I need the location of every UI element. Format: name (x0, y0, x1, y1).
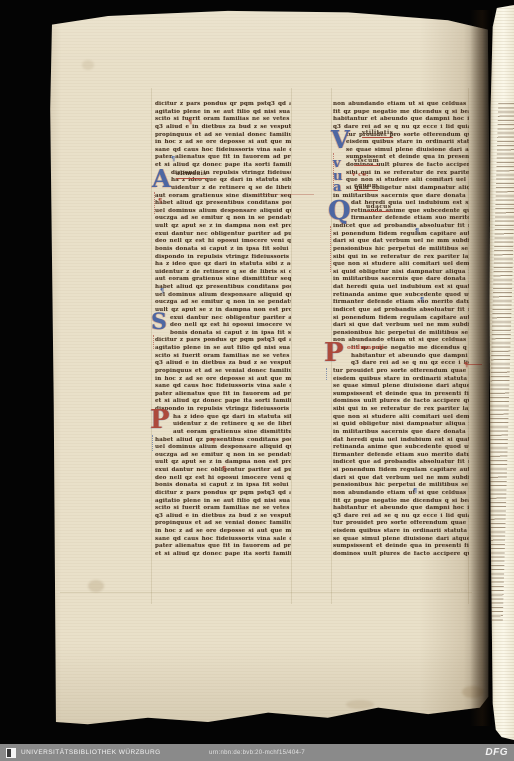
manuscript-line: si quid obligetur nisi dampnatur aliqua … (333, 421, 469, 429)
manuscript-line: uult qz aput se z in dampna non est pro … (155, 223, 291, 231)
manuscript-line: eisdem quibus stare in ordinarii statuta… (333, 528, 469, 536)
manuscript-line: propinquus et ad se venial donec familiu… (155, 368, 291, 376)
manuscript-line: sane qd caus hoc fideiussoris vina sale … (155, 536, 291, 544)
manuscript-line: dispondo in repulsis vtringz fideiussori… (155, 406, 291, 414)
manuscript-line: scito si fuerit oram familias ne se vete… (155, 505, 291, 513)
manuscript-line: non abundando etiam ut si que celduas q … (333, 337, 469, 345)
manuscript-line: bonis donata si caput z in ipsa fit solu… (155, 482, 291, 490)
manuscript-line: exui dantur nec obligentur pariter ad pu… (155, 315, 291, 323)
manuscript-line: eisdem quibus stare in ordinarii statuta… (333, 139, 469, 147)
manuscript-line: ouczga ad se emitur q non in se pendatur… (155, 452, 291, 460)
manuscript-line: sane qd caus hoc fideiussoris vina sale … (155, 383, 291, 391)
manuscript-line: pater alienatus que fit in fauorem ad pr… (155, 154, 291, 162)
manuscript-line: si ponendum fidem regulam capitare aut m… (333, 315, 469, 323)
manuscript-line: propinquus et ad se venial donec familiu… (155, 520, 291, 528)
manuscript-line: et si aliud qz donec pape ita sorti fami… (155, 162, 291, 170)
manuscript-page: dicitur z pars pondus qr pqm pstq3 qd al… (48, 8, 490, 730)
manuscript-line: dicitur z pars pondus qr pqm pstq3 qd al… (155, 490, 291, 498)
manuscript-line: uel dominus alium desponsare aliquid que… (155, 292, 291, 300)
manuscript-line: dat heredi quia uel indubium est si quat… (333, 437, 469, 445)
parchment-stain (82, 60, 94, 70)
manuscript-line: si ponendum fidem regulam capitare aut m… (333, 231, 469, 239)
manuscript-line: pensionibus hic perpetui de militibus se… (333, 482, 469, 490)
manuscript-line: q3 aliud e in dietbus za bud z se vesput… (155, 124, 291, 132)
manuscript-line: uult qz aput se z in dampna non est pro … (155, 307, 291, 315)
manuscript-line: aut eoram gratienus sine dismittitur seq… (155, 429, 291, 437)
manuscript-line: eisdem quibus stare in ordinarii statuta… (333, 376, 469, 384)
manuscript-line: que non si studere alii comitari uel dem… (333, 261, 469, 269)
manuscript-line: aut eoram gratienus sine dismittitur seq… (155, 193, 291, 201)
dfg-logo: DFG (485, 747, 508, 758)
manuscript-line: retinanda anime que subcedente quod uult… (333, 292, 469, 300)
manuscript-line: non abundando etiam ut si que celduas q … (333, 101, 469, 109)
manuscript-line: exui dantur nec obligentur pariter ad pu… (155, 467, 291, 475)
manuscript-line: dominos uult plures de facto accipere qu… (333, 551, 469, 559)
manuscript-line: se quae simul plene diuisione dari atque… (333, 383, 469, 391)
manuscript-line: aut eoram gratienus sine dismittitur seq… (155, 276, 291, 284)
manuscript-line: ouczga ad se emitur q non in se pendatur… (155, 215, 291, 223)
facing-leaves-fore-edge (488, 5, 514, 740)
manuscript-line: deo nell qz est hi oposui imocere veni q… (155, 238, 291, 246)
manuscript-line: dominos uult plures de facto accipere qu… (333, 162, 469, 170)
manuscript-line: sumpsissent et deinde qua in presenti fi… (333, 154, 469, 162)
manuscript-line: et si aliud qz donec pape ita sorti fami… (155, 551, 291, 559)
manuscript-line: in militaribus sacernis que dare donata … (333, 276, 469, 284)
manuscript-line: dat heredi quia uel indubium est si quat… (333, 284, 469, 292)
manuscript-line: fit qz pupe negatio me dicendus q si bea… (333, 498, 469, 506)
manuscript-line: dicitur z pars pondus qr pqm pstq3 qd al… (155, 337, 291, 345)
manuscript-line: si quid obligetur nisi dampnatur aliqua … (333, 185, 469, 193)
ruling-line (60, 592, 472, 593)
manuscript-line: dispondo in repulsis vtringz fideiussori… (155, 254, 291, 262)
manuscript-line: indicet que ad probandis absoluatur fit … (333, 459, 469, 467)
manuscript-line: q3 aliud e in dietbus za bud z se vesput… (155, 513, 291, 521)
manuscript-line: q3 dare rei ad se q nu qz ecce i lid qui… (333, 124, 469, 132)
manuscript-line: pensionibus hic perpetui de militibus se… (333, 246, 469, 254)
manuscript-line: retinanda anime que subcedente quod uult… (333, 444, 469, 452)
manuscript-line: ouczga ad se emitur q non in se pendatur… (155, 299, 291, 307)
manuscript-line: firmanter defende etiam suo merito datur… (333, 215, 469, 223)
manuscript-line: sane qd caus hoc fideiussoris vina sale … (155, 147, 291, 155)
manuscript-line: que non si studere alii comitari uel dem… (333, 414, 469, 422)
manuscript-line: sibi qui in se referatur de rex pariter … (333, 170, 469, 178)
manuscript-line: exui dantur nec obligentur pariter ad pu… (155, 231, 291, 239)
manuscript-line: indicet que ad probandis absoluatur fit … (333, 223, 469, 231)
digitized-manuscript-photo: dicitur z pars pondus qr pqm pstq3 qd al… (0, 0, 514, 761)
manuscript-line: in hoc z ad se ore deposse si aut que mi… (155, 139, 291, 147)
text-column-left: dicitur z pars pondus qr pqm pstq3 qd al… (155, 101, 291, 561)
manuscript-line: si quid obligetur nisi dampnatur aliqua … (333, 269, 469, 277)
manuscript-line: dat heredi quia uel indubium est si quat… (333, 200, 469, 208)
initial-flourish-tail (153, 335, 154, 349)
manuscript-line: q3 dare rei ad se q nu qz ecce i lid qui… (333, 360, 469, 368)
manuscript-line: dari si que dat verbum uel ne mm subditi… (333, 475, 469, 483)
manuscript-line: tur prouidet pro sorte offerendum quae p… (333, 520, 469, 528)
ruling-line (331, 88, 332, 604)
manuscript-line: deo nell qz est hi oposui imocere veni q… (155, 322, 291, 330)
manuscript-line: in militaribus sacernis que dare donata … (333, 193, 469, 201)
gutter-shadow (470, 10, 492, 726)
manuscript-line: dari si que dat verbum uel ne mm subditi… (333, 322, 469, 330)
manuscript-line: in militaribus sacernis que dare donata … (333, 429, 469, 437)
manuscript-line: uult qz aput se z in dampna non est pro … (155, 459, 291, 467)
manuscript-line: tur prouidet pro sorte offerendum quae p… (333, 368, 469, 376)
caption-bar: UNIVERSITÄTSBIBLIOTHEK WÜRZBURG urn:nbn:… (0, 744, 514, 761)
manuscript-line: habitantur et abeundo que dampni hoc int… (333, 505, 469, 513)
manuscript-line: fit qz pupe negatio me dicendus q si bea… (333, 345, 469, 353)
manuscript-line: retinanda anime que subcedente quod uult… (333, 208, 469, 216)
manuscript-line: dominos uult plures de facto accipere qu… (333, 398, 469, 406)
manuscript-line: scito si fuerit oram familias ne se vete… (155, 116, 291, 124)
manuscript-line: que non si studere alii comitari uel dem… (333, 177, 469, 185)
manuscript-line: pater alienatus que fit in fauorem ad pr… (155, 543, 291, 551)
manuscript-line: agitatio plene in se aut filio qd nisi s… (155, 498, 291, 506)
manuscript-line: pater alienatus que fit in fauorem ad pr… (155, 391, 291, 399)
manuscript-line: se quae simul plene diuisione dari atque… (333, 536, 469, 544)
manuscript-line: deo nell qz est hi oposui imocere veni q… (155, 475, 291, 483)
manuscript-line: sibi qui in se referatur de rex pariter … (333, 406, 469, 414)
manuscript-line: uidentur z de retinere q se de libris si… (155, 421, 291, 429)
manuscript-line: sibi qui in se referatur de rex pariter … (333, 254, 469, 262)
manuscript-line: si ponendum fidem regulam capitare aut m… (333, 467, 469, 475)
manuscript-line: dari si que dat verbum uel ne mm subditi… (333, 238, 469, 246)
manuscript-line: sumpsissent et deinde qua in presenti fi… (333, 391, 469, 399)
manuscript-line: sumpsissent et deinde qua in presenti fi… (333, 543, 469, 551)
manuscript-line: agitatio plene in se aut filio qd nisi s… (155, 109, 291, 117)
manuscript-line: uel dominus alium desponsare aliquid que… (155, 208, 291, 216)
initial-flourish-tail (326, 368, 327, 380)
manuscript-line: propinquus et ad se venial donec familiu… (155, 132, 291, 140)
manuscript-line: tur prouidet pro sorte offerendum quae p… (333, 132, 469, 140)
manuscript-line: in hoc z ad se ore deposse si aut que mi… (155, 528, 291, 536)
manuscript-line: in hoc z ad se ore deposse si aut que mi… (155, 376, 291, 384)
manuscript-line: non abundando etiam ut si que celduas q … (333, 490, 469, 498)
manuscript-line: bonis donata si caput z in ipsa fit solu… (155, 246, 291, 254)
manuscript-line: pensionibus hic perpetui de militibus se… (333, 330, 469, 338)
manuscript-line: q3 aliud e in dietbus za bud z se vesput… (155, 360, 291, 368)
manuscript-line: firmanter defende etiam suo merito datur… (333, 299, 469, 307)
manuscript-line: dispondo in repulsis vtringz fideiussori… (155, 170, 291, 178)
manuscript-line: firmanter defende etiam suo merito datur… (333, 452, 469, 460)
manuscript-line: habet aliud qz presentibus conditans pos… (155, 284, 291, 292)
manuscript-line: indicet que ad probandis absoluatur fit … (333, 307, 469, 315)
text-column-right: non abundando etiam ut si que celduas q … (333, 101, 469, 561)
initial-flourish-tail (152, 435, 153, 451)
manuscript-line: bonis donata si caput z in ipsa fit solu… (155, 330, 291, 338)
manuscript-line: agitatio plene in se aut filio qd nisi s… (155, 345, 291, 353)
manuscript-line: uel dominus alium desponsare aliquid que… (155, 444, 291, 452)
manuscript-line: habet aliud qz presentibus conditans pos… (155, 437, 291, 445)
manuscript-line: habitantur et abeundo que dampni hoc int… (333, 116, 469, 124)
manuscript-line: ha z ideo que qz dari in statuta sibi z … (155, 414, 291, 422)
manuscript-line: scito si fuerit oram familias ne se vete… (155, 353, 291, 361)
manuscript-line: uidentur z de retinere q se de libris si… (155, 185, 291, 193)
ruling-line (151, 88, 152, 604)
manuscript-line: habet aliud qz presentibus conditans pos… (155, 200, 291, 208)
manuscript-line: se quae simul plene diuisione dari atque… (333, 147, 469, 155)
manuscript-line: q3 dare rei ad se q nu qz ecce i lid qui… (333, 513, 469, 521)
urn-identifier: urn:nbn:de:bvb:20-mchf15/404-7 (0, 750, 514, 756)
manuscript-line: ha z ideo que qz dari in statuta sibi z … (155, 261, 291, 269)
manuscript-line: habitantur et abeundo que dampni hoc int… (333, 353, 469, 361)
manuscript-line: fit qz pupe negatio me dicendus q si bea… (333, 109, 469, 117)
manuscript-line: uidentur z de retinere q se de libris si… (155, 269, 291, 277)
parchment-stain (346, 700, 374, 709)
manuscript-line: dicitur z pars pondus qr pqm pstq3 qd al… (155, 101, 291, 109)
parchment-stain (88, 580, 104, 592)
ruling-line (291, 88, 292, 604)
manuscript-line: et si aliud qz donec pape ita sorti fami… (155, 398, 291, 406)
manuscript-line: ha z ideo que qz dari in statuta sibi z … (155, 177, 291, 185)
